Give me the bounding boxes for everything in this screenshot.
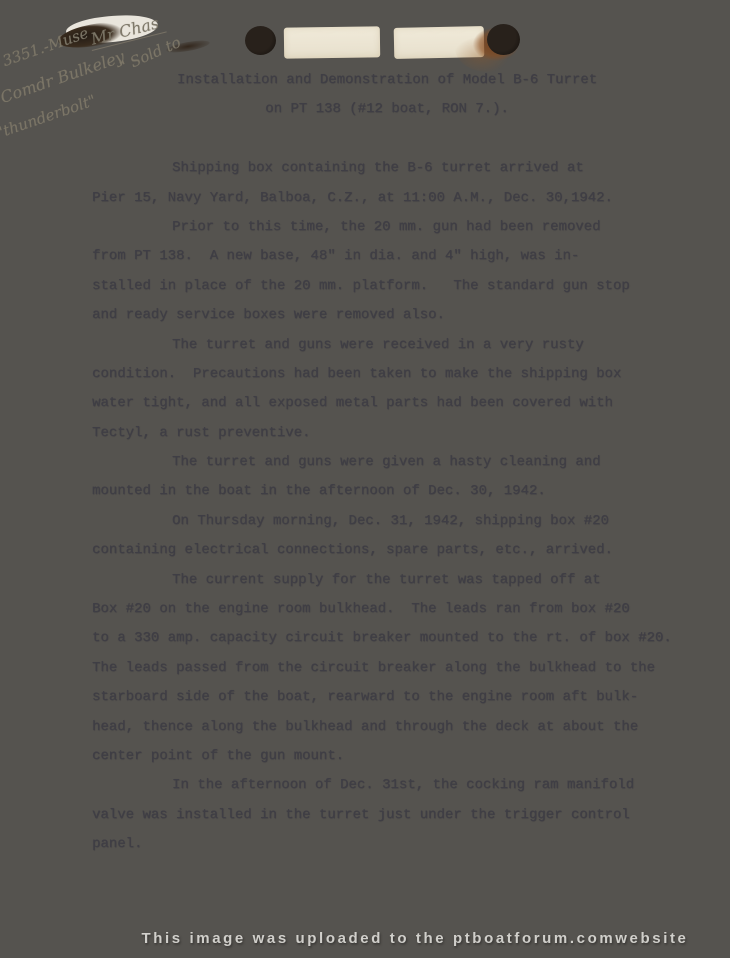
typed-line: stalled in place of the 20 mm. platform.… (92, 272, 682, 301)
typed-line: containing electrical connections, spare… (92, 536, 682, 565)
typed-line: The turret and guns were given a hasty c… (92, 448, 682, 477)
hole-punch-left-icon (245, 26, 276, 55)
tape-strip-left (284, 26, 380, 58)
typed-line: The leads passed from the circuit breake… (92, 654, 682, 683)
typed-line: starboard side of the boat, rearward to … (92, 683, 682, 712)
typed-line: panel. (92, 830, 682, 859)
watermark-text: This image was uploaded to the ptboatfor… (108, 930, 722, 947)
typed-line: mounted in the boat in the afternoon of … (92, 477, 682, 506)
typed-line: Prior to this time, the 20 mm. gun had b… (92, 213, 682, 242)
typed-line: Tectyl, a rust preventive. (92, 419, 682, 448)
typed-line: The turret and guns were received in a v… (92, 331, 682, 360)
document-photo: 3351.-Muse Mr Chas Comdr Bulkeley " Sold… (0, 0, 730, 958)
typed-line: On Thursday morning, Dec. 31, 1942, ship… (92, 507, 682, 536)
hole-punch-right-icon (487, 24, 520, 55)
typed-document: Installation and Demonstration of Model … (0, 66, 730, 860)
typed-line: In the afternoon of Dec. 31st, the cocki… (92, 771, 682, 800)
typed-line: center point of the gun mount. (92, 742, 682, 771)
typed-line: Installation and Demonstration of Model … (92, 66, 682, 95)
typed-line: Box #20 on the engine room bulkhead. The… (92, 595, 682, 624)
typed-line (92, 125, 682, 154)
typed-line: to a 330 amp. capacity circuit breaker m… (92, 624, 682, 653)
typed-line: water tight, and all exposed metal parts… (92, 389, 682, 418)
typed-line: Pier 15, Navy Yard, Balboa, C.Z., at 11:… (92, 184, 682, 213)
typed-line: valve was installed in the turret just u… (92, 801, 682, 830)
torn-spot (57, 19, 131, 51)
typed-line: head, thence along the bulkhead and thro… (92, 713, 682, 742)
typed-line: The current supply for the turret was ta… (92, 566, 682, 595)
typed-line: Shipping box containing the B-6 turret a… (92, 154, 682, 183)
ink-speck (166, 38, 211, 55)
typed-line: from PT 138. A new base, 48" in dia. and… (92, 242, 682, 271)
typed-line: condition. Precautions had been taken to… (92, 360, 682, 389)
typed-line: and ready service boxes were removed als… (92, 301, 682, 330)
typed-line: on PT 138 (#12 boat, RON 7.). (92, 95, 682, 124)
